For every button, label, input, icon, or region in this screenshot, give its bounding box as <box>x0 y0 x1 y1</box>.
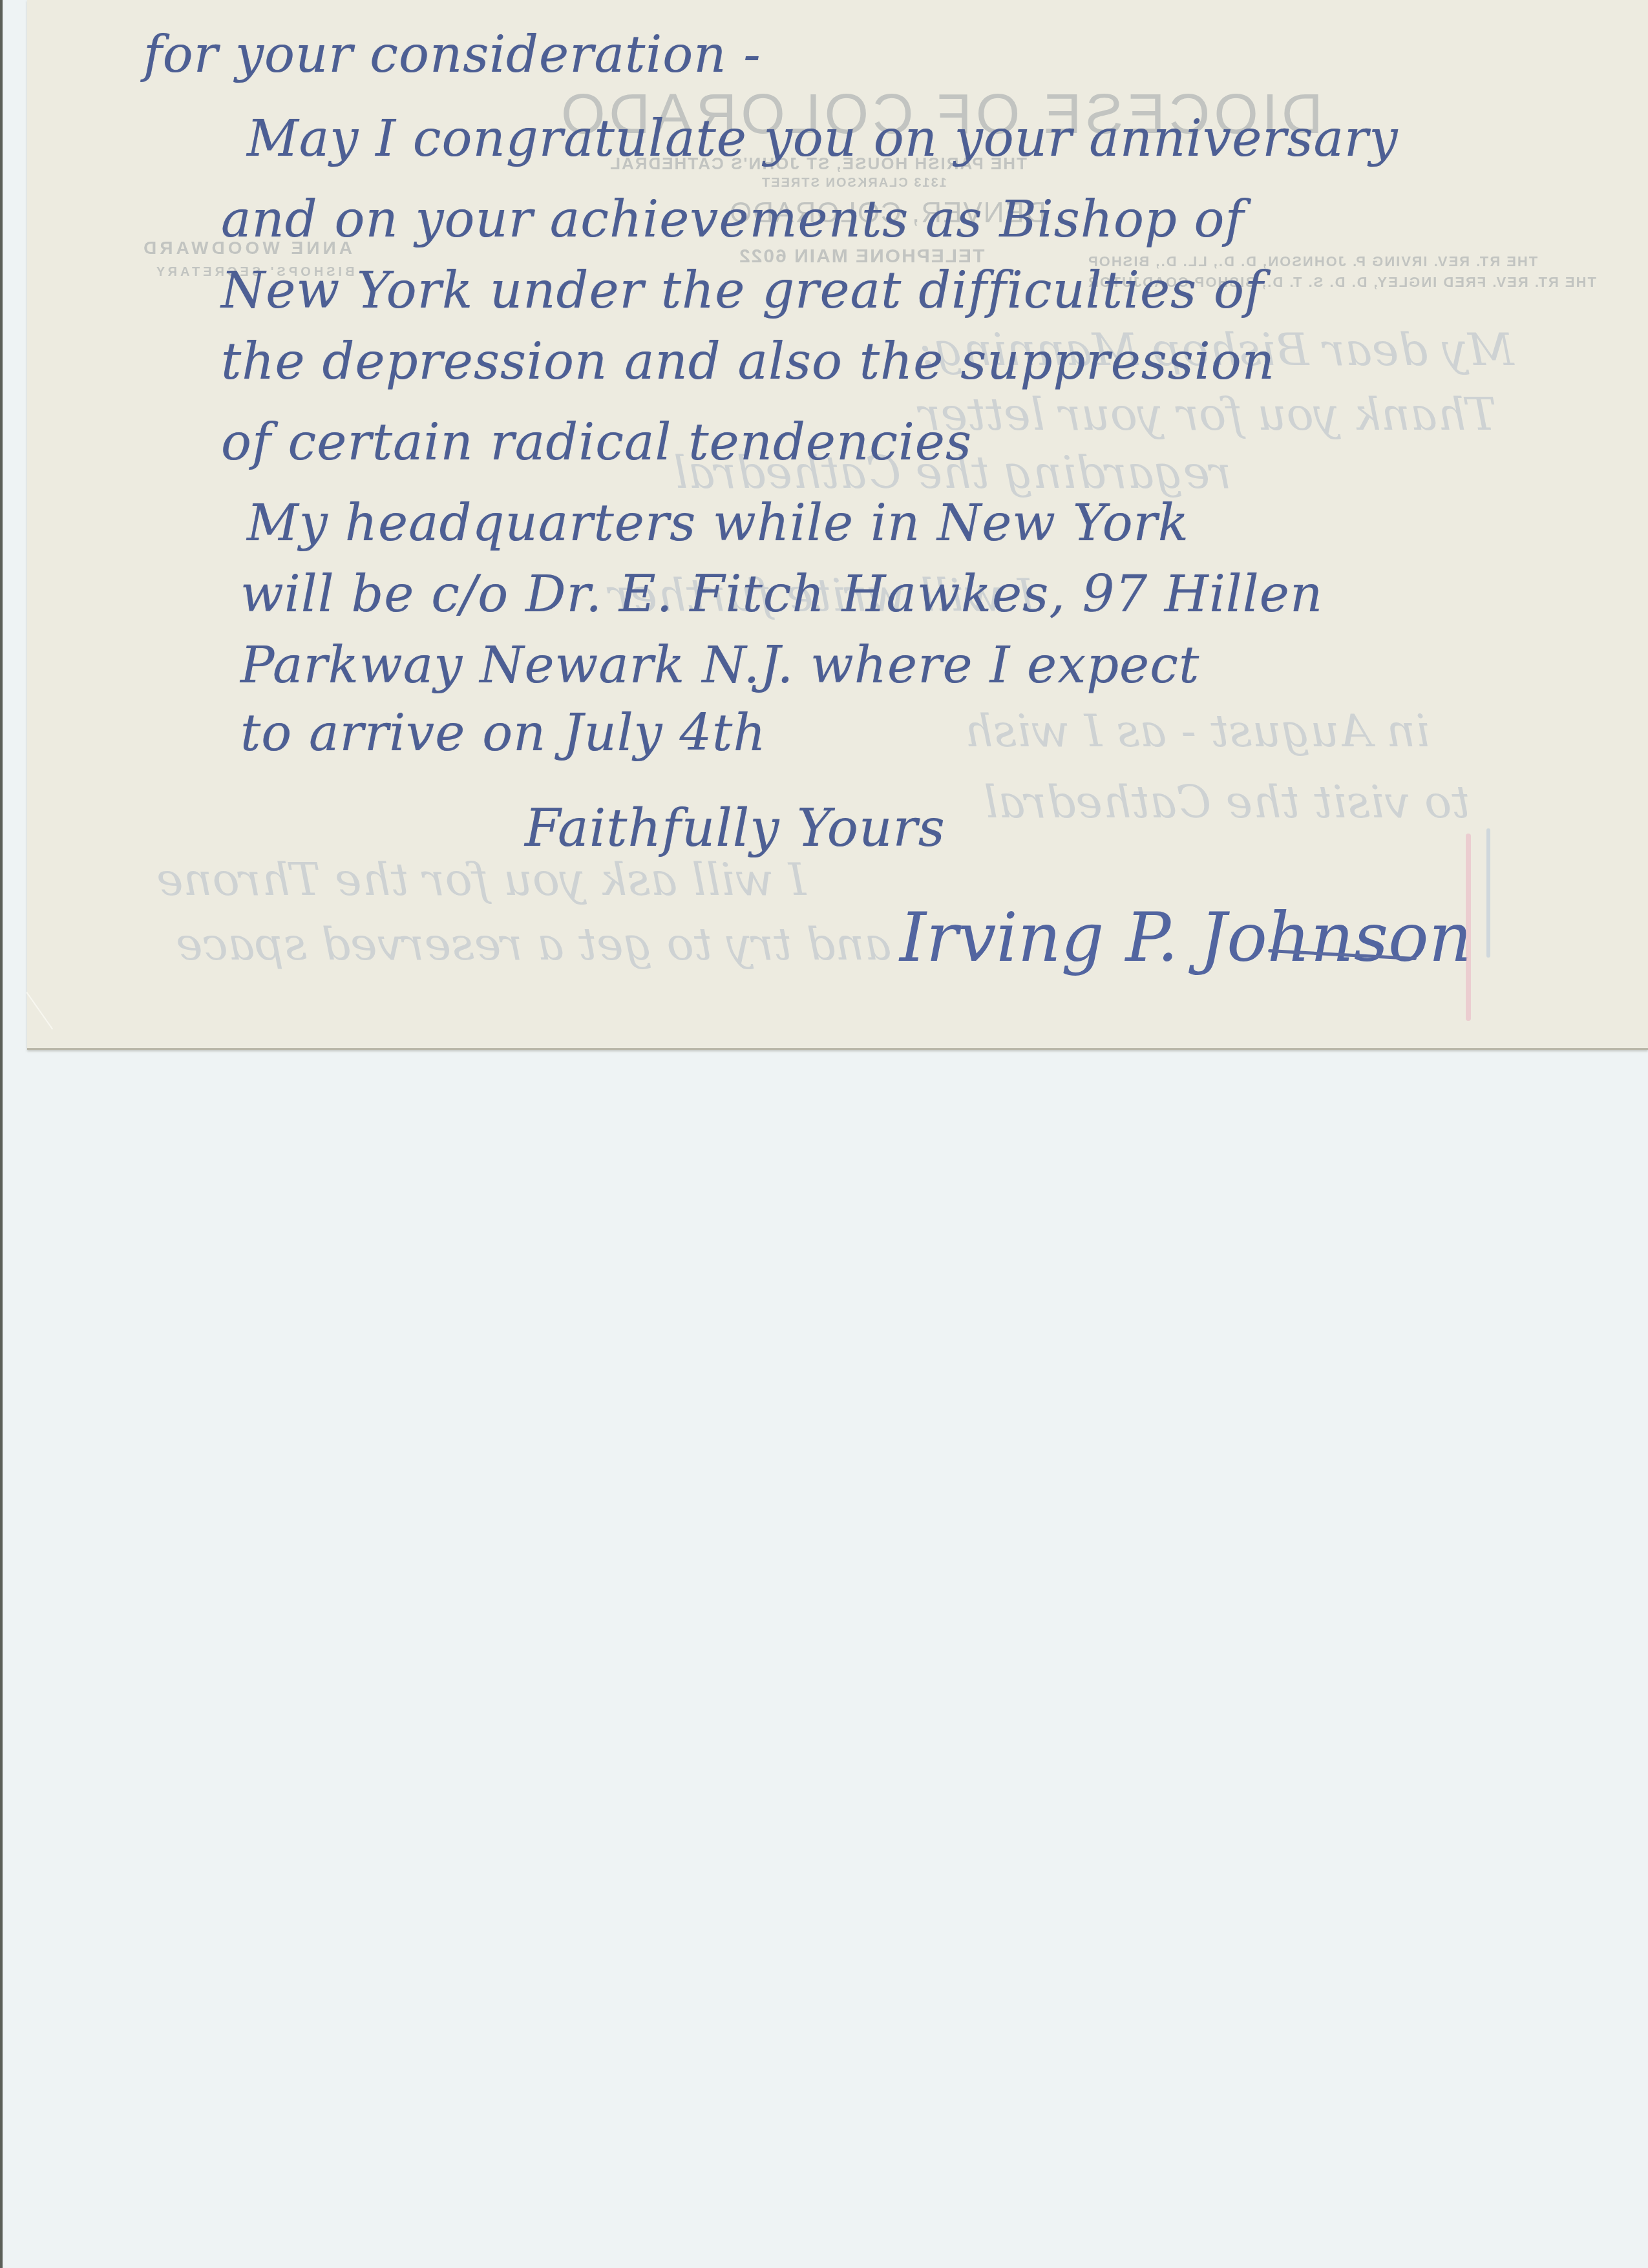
letter-line: and on your achievements as Bishop of <box>221 191 1244 249</box>
scanner-edge <box>0 0 3 2268</box>
corner-crease <box>26 992 53 1029</box>
letter-line: May I congratulate you on your anniversa… <box>247 110 1398 168</box>
blue-pencil-mark <box>1486 828 1490 958</box>
letter-line: My headquarters while in New York <box>247 494 1189 552</box>
letter-line: of certain radical tendencies <box>221 414 972 472</box>
letter-line: will be c/o Dr. E. Fitch Hawkes, 97 Hill… <box>240 565 1323 624</box>
letter-line: the depression and also the suppression <box>221 333 1275 391</box>
letterhead-street: 1313 CLARKSON STREET <box>761 176 947 191</box>
letter-closing: Faithfully Yours <box>525 798 945 858</box>
letter-paper: DIOCESE OF COLORADO THE PARISH HOUSE, ST… <box>27 0 1648 1050</box>
letter-line: to arrive on July 4th <box>240 704 766 762</box>
ghost-line: and try to get a reserved space <box>176 918 891 971</box>
ghost-line: I will ask you for the Throne <box>156 853 806 906</box>
letter-line: New York under the great difficulties of <box>221 262 1264 320</box>
pink-pencil-mark <box>1466 834 1471 1021</box>
ghost-line: to visit the Cathedral <box>984 775 1470 828</box>
letter-line: Parkway Newark N.J. where I expect <box>240 636 1199 695</box>
ghost-line: in August - as I wish <box>964 704 1430 757</box>
letter-line: for your consideration - <box>143 26 761 84</box>
ghost-line: Thank you for your letter <box>919 388 1497 441</box>
signature: Irving P. Johnson <box>900 898 1472 977</box>
